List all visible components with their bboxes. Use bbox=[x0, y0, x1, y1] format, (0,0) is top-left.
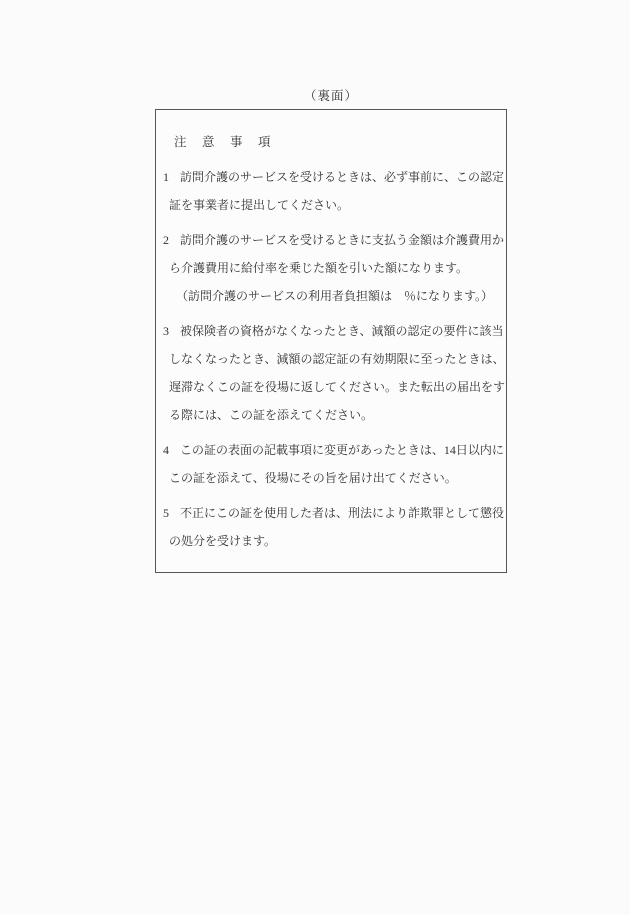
notice-item-3-line-1: 3被保険者の資格がなくなったとき、減額の認定の要件に該当 bbox=[169, 317, 494, 345]
notice-item-1-line-1: 1訪問介護のサービスを受けるときは、必ず事前に、この認定 bbox=[169, 163, 494, 191]
notice-item-4-line-2: この証を添えて、役場にその旨を届け出てください。 bbox=[169, 464, 494, 492]
notice-item-4-line-1: 4この証の表面の記載事項に変更があったときは、14日以内に bbox=[169, 436, 494, 464]
notice-box: 注 意 事 項 1訪問介護のサービスを受けるときは、必ず事前に、この認定 証を事… bbox=[155, 109, 507, 573]
notice-item-1: 1訪問介護のサービスを受けるときは、必ず事前に、この認定 証を事業者に提出してく… bbox=[169, 163, 494, 219]
notice-item-3-line-3: 遅滞なくこの証を役場に返してください。また転出の届出をす bbox=[169, 373, 494, 401]
item-2-text-1: 訪問介護のサービスを受けるときに支払う金額は介護費用か bbox=[180, 233, 504, 247]
notice-item-2-line-2: ら介護費用に給付率を乗じた額を引いた額になります。 bbox=[169, 254, 494, 282]
notice-item-5-line-1: 5不正にこの証を使用した者は、刑法により詐欺罪として懲役 bbox=[169, 499, 494, 527]
notice-item-2-line-3: （訪問介護のサービスの利用者負担額は ％になります。） bbox=[169, 282, 494, 310]
item-5-text-1: 不正にこの証を使用した者は、刑法により詐欺罪として懲役 bbox=[180, 506, 504, 520]
notice-heading: 注 意 事 項 bbox=[174, 128, 494, 156]
item-5-number: 5 bbox=[163, 499, 180, 527]
notice-item-2-line-1: 2訪問介護のサービスを受けるときに支払う金額は介護費用か bbox=[169, 226, 494, 254]
notice-item-3-line-4: る際には、この証を添えてください。 bbox=[169, 401, 494, 429]
item-4-text-1: この証の表面の記載事項に変更があったときは、14日以内に bbox=[180, 443, 504, 457]
notice-item-3: 3被保険者の資格がなくなったとき、減額の認定の要件に該当 しなくなったとき、減額… bbox=[169, 317, 494, 429]
item-4-number: 4 bbox=[163, 436, 180, 464]
notice-item-1-line-2: 証を事業者に提出してください。 bbox=[169, 191, 494, 219]
item-3-text-1: 被保険者の資格がなくなったとき、減額の認定の要件に該当 bbox=[180, 324, 504, 338]
notice-item-5-line-2: の処分を受けます。 bbox=[169, 527, 494, 555]
page-side-label: （裏面） bbox=[155, 87, 507, 105]
item-3-number: 3 bbox=[163, 317, 180, 345]
notice-item-5: 5不正にこの証を使用した者は、刑法により詐欺罪として懲役 の処分を受けます。 bbox=[169, 499, 494, 555]
item-1-number: 1 bbox=[163, 163, 180, 191]
item-1-text-1: 訪問介護のサービスを受けるときは、必ず事前に、この認定 bbox=[180, 170, 504, 184]
notice-item-3-line-2: しなくなったとき、減額の認定証の有効期限に至ったときは、 bbox=[169, 345, 494, 373]
notice-item-4: 4この証の表面の記載事項に変更があったときは、14日以内に この証を添えて、役場… bbox=[169, 436, 494, 492]
notice-item-2: 2訪問介護のサービスを受けるときに支払う金額は介護費用か ら介護費用に給付率を乗… bbox=[169, 226, 494, 310]
item-2-number: 2 bbox=[163, 226, 180, 254]
